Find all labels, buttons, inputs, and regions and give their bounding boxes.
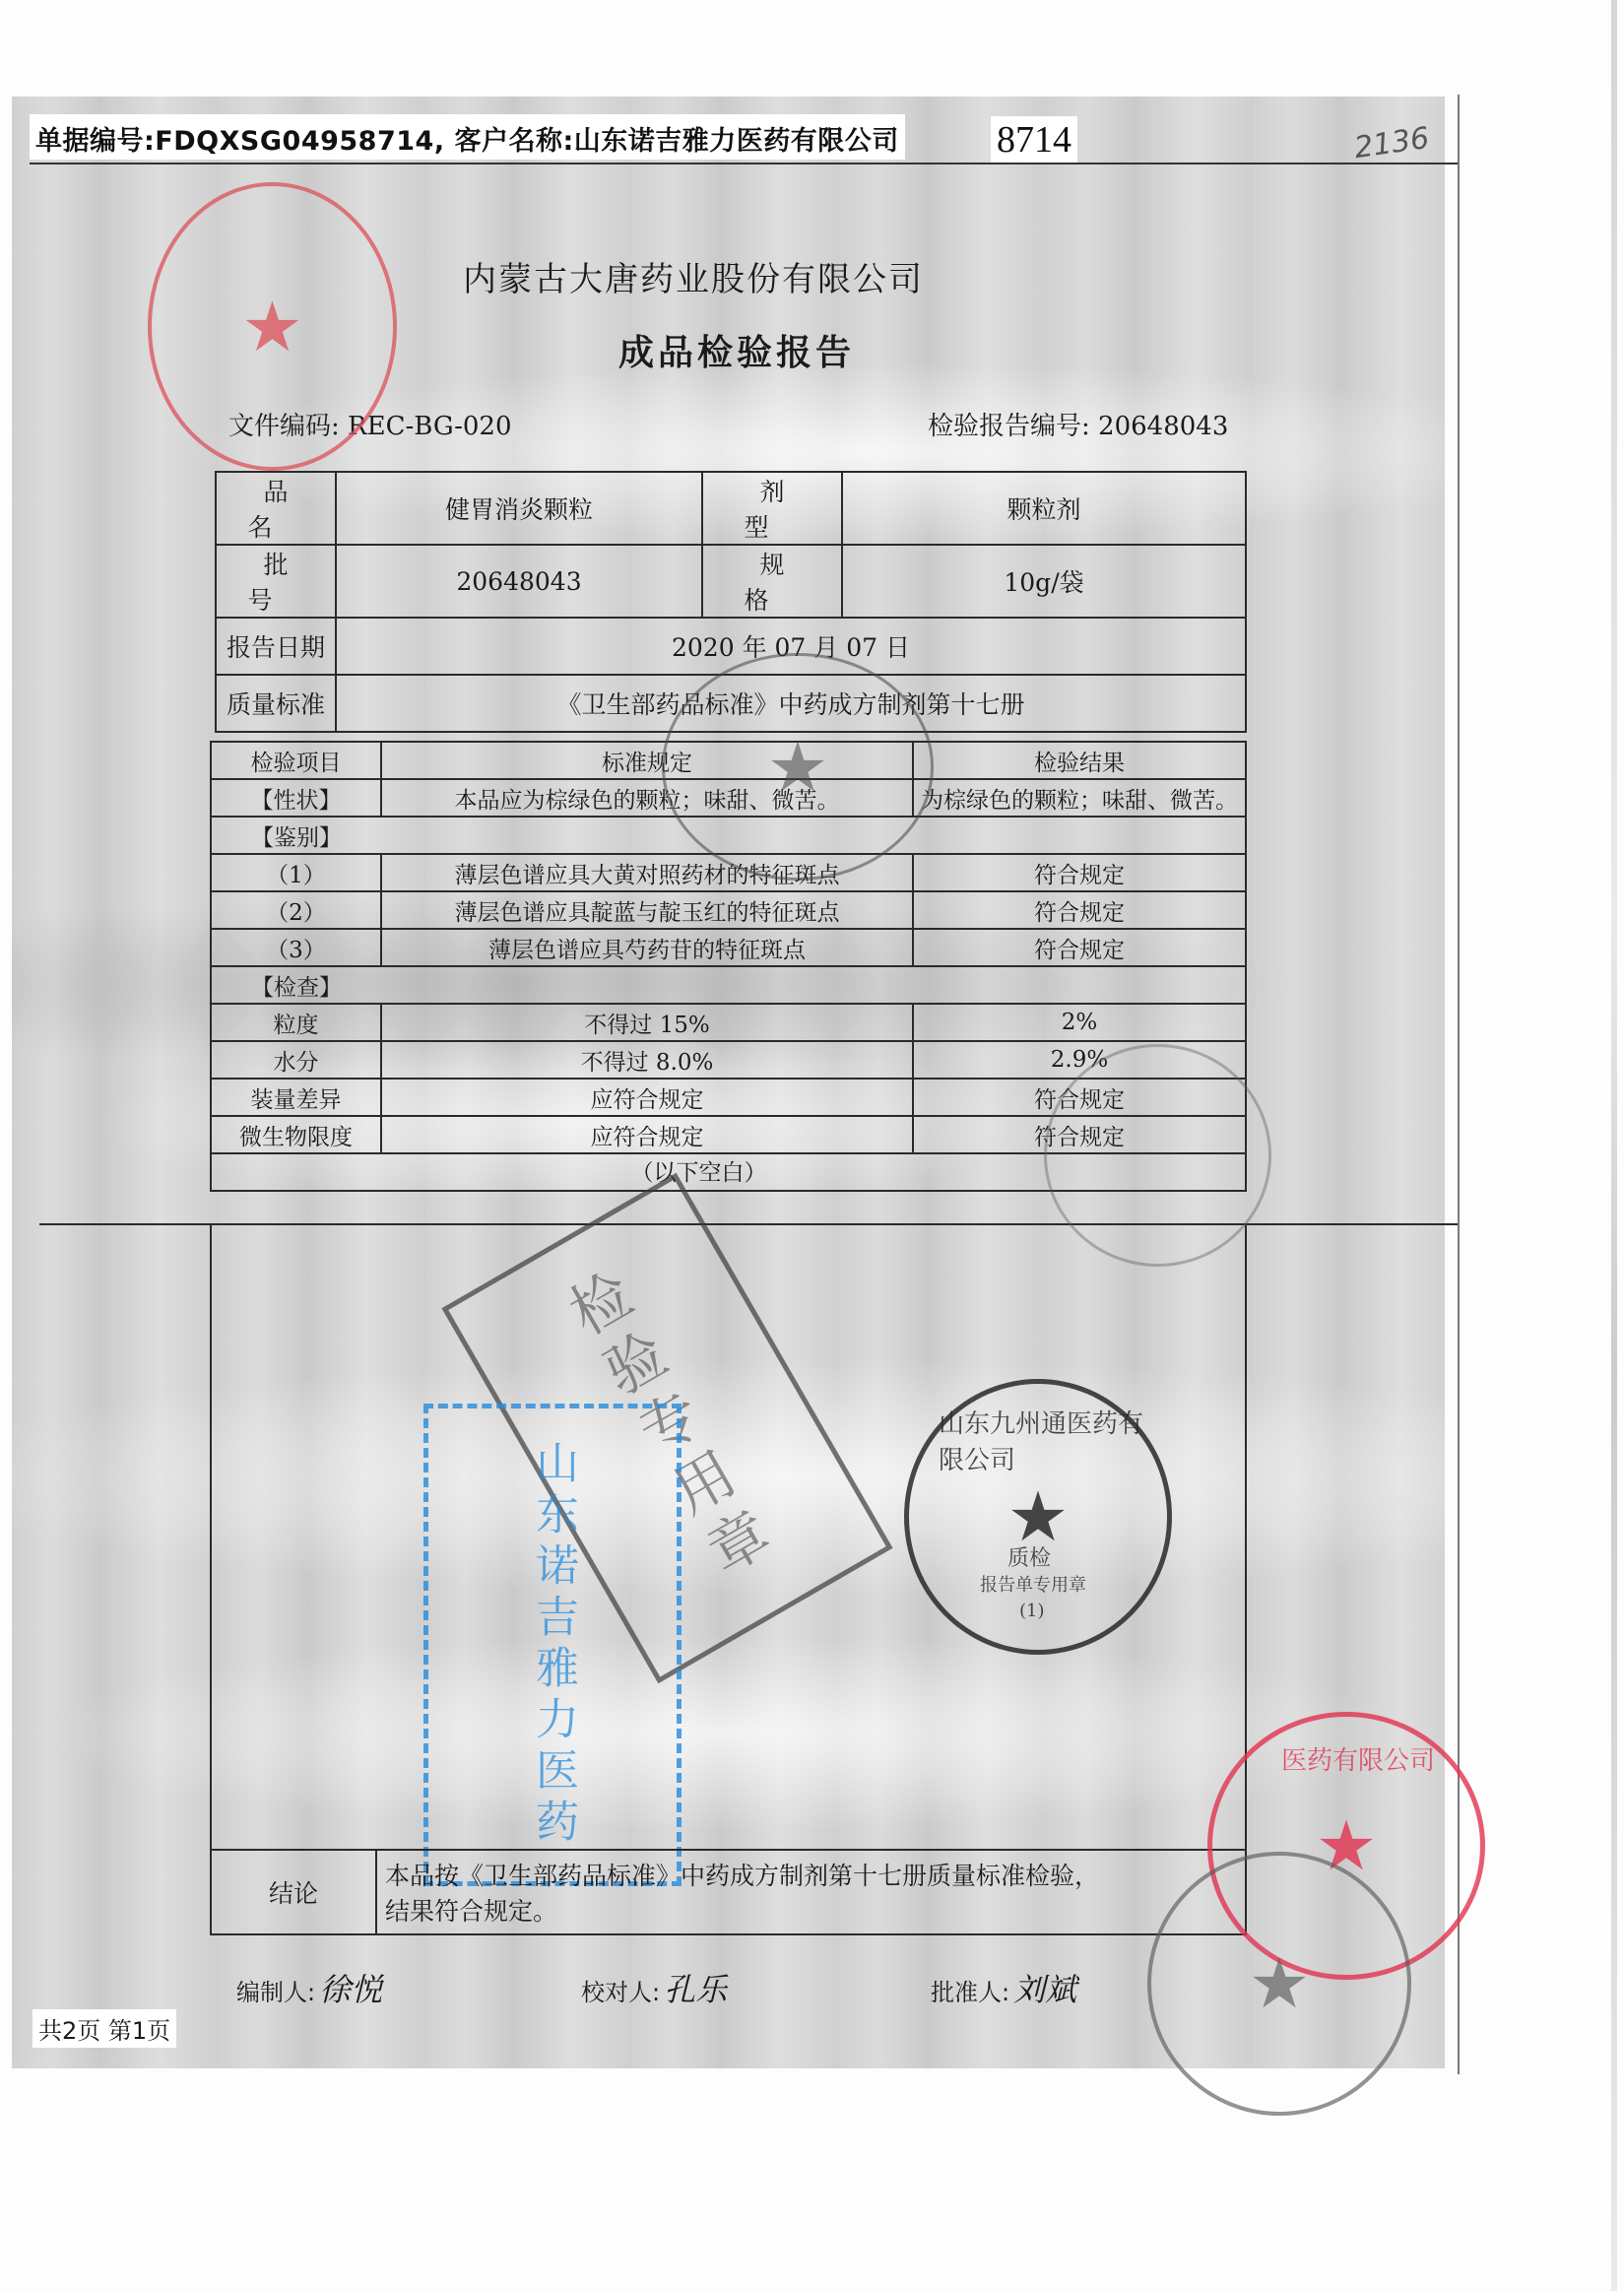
doc-number-customer: 单据编号:FDQXSG04958714, 客户名称:山东诺吉雅力医药有限公司 (35, 119, 899, 158)
report-title: 成品检验报告 (618, 325, 855, 375)
star-icon: ★ (767, 733, 829, 802)
standard-cell: 不得过 15% (381, 1004, 913, 1041)
result-cell: 符合规定 (913, 854, 1246, 891)
star-icon: ★ (241, 293, 303, 361)
approved-by: 批准人:刘斌 (931, 1965, 1076, 2010)
column-header: 检验项目 (211, 742, 381, 779)
checked-label: 校对人: (581, 1979, 660, 2006)
seal-number: (1) (1019, 1601, 1045, 1621)
table-row: 粒度 不得过 15% 2% (211, 1004, 1246, 1041)
product-name-label: 品名 (216, 472, 336, 545)
dosage-form-label: 剂型 (702, 472, 842, 545)
table-row: （2） 薄层色谱应具靛蓝与靛玉红的特征斑点 符合规定 (211, 891, 1246, 929)
table-row: 结论 本品按《卫生部药品标准》中药成方制剂第十七册质量标准检验， 结果符合规定。 (211, 1850, 1246, 1934)
checked-signature: 孔乐 (664, 1971, 727, 2008)
batch-label: 批号 (216, 545, 336, 618)
result-cell: 符合规定 (913, 891, 1246, 929)
standard-cell: 应符合规定 (381, 1079, 913, 1116)
red-company-seal: ★ (148, 182, 397, 471)
conclusion-label: 结论 (211, 1850, 376, 1934)
standard-cell: 薄层色谱应具芍药苷的特征斑点 (381, 929, 913, 966)
conclusion-line: 结果符合规定。 (385, 1892, 1237, 1928)
result-cell: 符合规定 (913, 929, 1246, 966)
conclusion-table: 结论 本品按《卫生部药品标准》中药成方制剂第十七册质量标准检验， 结果符合规定。 (210, 1849, 1247, 1935)
table-row: 批号 20648043 规格 10g/袋 (216, 545, 1246, 618)
report-number: 检验报告编号: 20648043 (928, 406, 1228, 442)
item-cell: 微生物限度 (211, 1116, 381, 1153)
item-cell: （1） (211, 854, 381, 891)
company-name: 内蒙古大唐药业股份有限公司 (463, 252, 924, 300)
column-header: 检验结果 (913, 742, 1246, 779)
table-row: 品名 健胃消炎颗粒 剂型 颗粒剂 (216, 472, 1246, 545)
standard-cell: 不得过 8.0% (381, 1041, 913, 1079)
page-indicator: 共2页 第1页 (32, 2009, 176, 2048)
table-row: 【检查】 (211, 966, 1246, 1004)
standard-cell: 应符合规定 (381, 1116, 913, 1153)
conclusion-text: 本品按《卫生部药品标准》中药成方制剂第十七册质量标准检验， 结果符合规定。 (376, 1850, 1246, 1934)
grey-company-seal-bottom: ★ (1147, 1852, 1411, 2116)
spec-label: 规格 (702, 545, 842, 618)
header-divider (30, 163, 1458, 164)
checked-by: 校对人:孔乐 (581, 1965, 727, 2010)
doc-code-box: 8714 (991, 116, 1077, 164)
result-cell: 为棕绿色的颗粒；味甜、微苦。 (913, 779, 1246, 817)
seal-sub-text: 质检 (1007, 1541, 1051, 1572)
prepared-by: 编制人:徐悦 (236, 1965, 382, 2010)
product-name: 健胃消炎颗粒 (336, 472, 702, 545)
approved-signature: 刘斌 (1013, 1971, 1076, 2008)
item-cell: （3） (211, 929, 381, 966)
blank-below-note: （以下空白） (631, 1160, 767, 1186)
jiuzhoutong-qc-seal: ★ 山东九州通医药有限公司 质检 报告单专用章 (1) (904, 1379, 1172, 1655)
seal-sub-text: 报告单专用章 (980, 1571, 1086, 1597)
standard-cell: 薄层色谱应具靛蓝与靛玉红的特征斑点 (381, 891, 913, 929)
report-date-label: 报告日期 (216, 618, 336, 675)
grey-inspection-seal: ★ (662, 653, 934, 881)
result-cell: 2% (913, 1004, 1246, 1041)
item-cell: （2） (211, 891, 381, 929)
scan-edge-shadow (1611, 0, 1617, 2291)
approved-label: 批准人: (931, 1979, 1009, 2006)
item-cell: 水分 (211, 1041, 381, 1079)
star-icon: ★ (1249, 1949, 1311, 2018)
dosage-form: 颗粒剂 (842, 472, 1246, 545)
item-cell: 粒度 (211, 1004, 381, 1041)
item-cell: 装量差异 (211, 1079, 381, 1116)
table-row: （3） 薄层色谱应具芍药苷的特征斑点 符合规定 (211, 929, 1246, 966)
prepared-label: 编制人: (236, 1979, 315, 2006)
conclusion-line: 本品按《卫生部药品标准》中药成方制剂第十七册质量标准检验， (385, 1857, 1237, 1892)
doc-header: 单据编号:FDQXSG04958714, 客户名称:山东诺吉雅力医药有限公司 (30, 114, 905, 160)
prepared-signature: 徐悦 (319, 1971, 382, 2008)
batch-number: 20648043 (336, 545, 702, 618)
section-characteristics: 【性状】 (211, 779, 381, 817)
section-examination: 【检查】 (211, 966, 1246, 1004)
seal-ring-text: 医药有限公司 (1281, 1740, 1435, 1777)
faint-round-seal (1044, 1044, 1271, 1267)
standard-label: 质量标准 (216, 675, 336, 732)
blue-rectangular-stamp: 山东诺吉雅力医药 (423, 1404, 682, 1886)
spec: 10g/袋 (842, 545, 1246, 618)
seal-ring-text: 山东九州通医药有限公司 (939, 1404, 1167, 1476)
table-row: 报告日期 2020 年 07 月 07 日 (216, 618, 1246, 675)
